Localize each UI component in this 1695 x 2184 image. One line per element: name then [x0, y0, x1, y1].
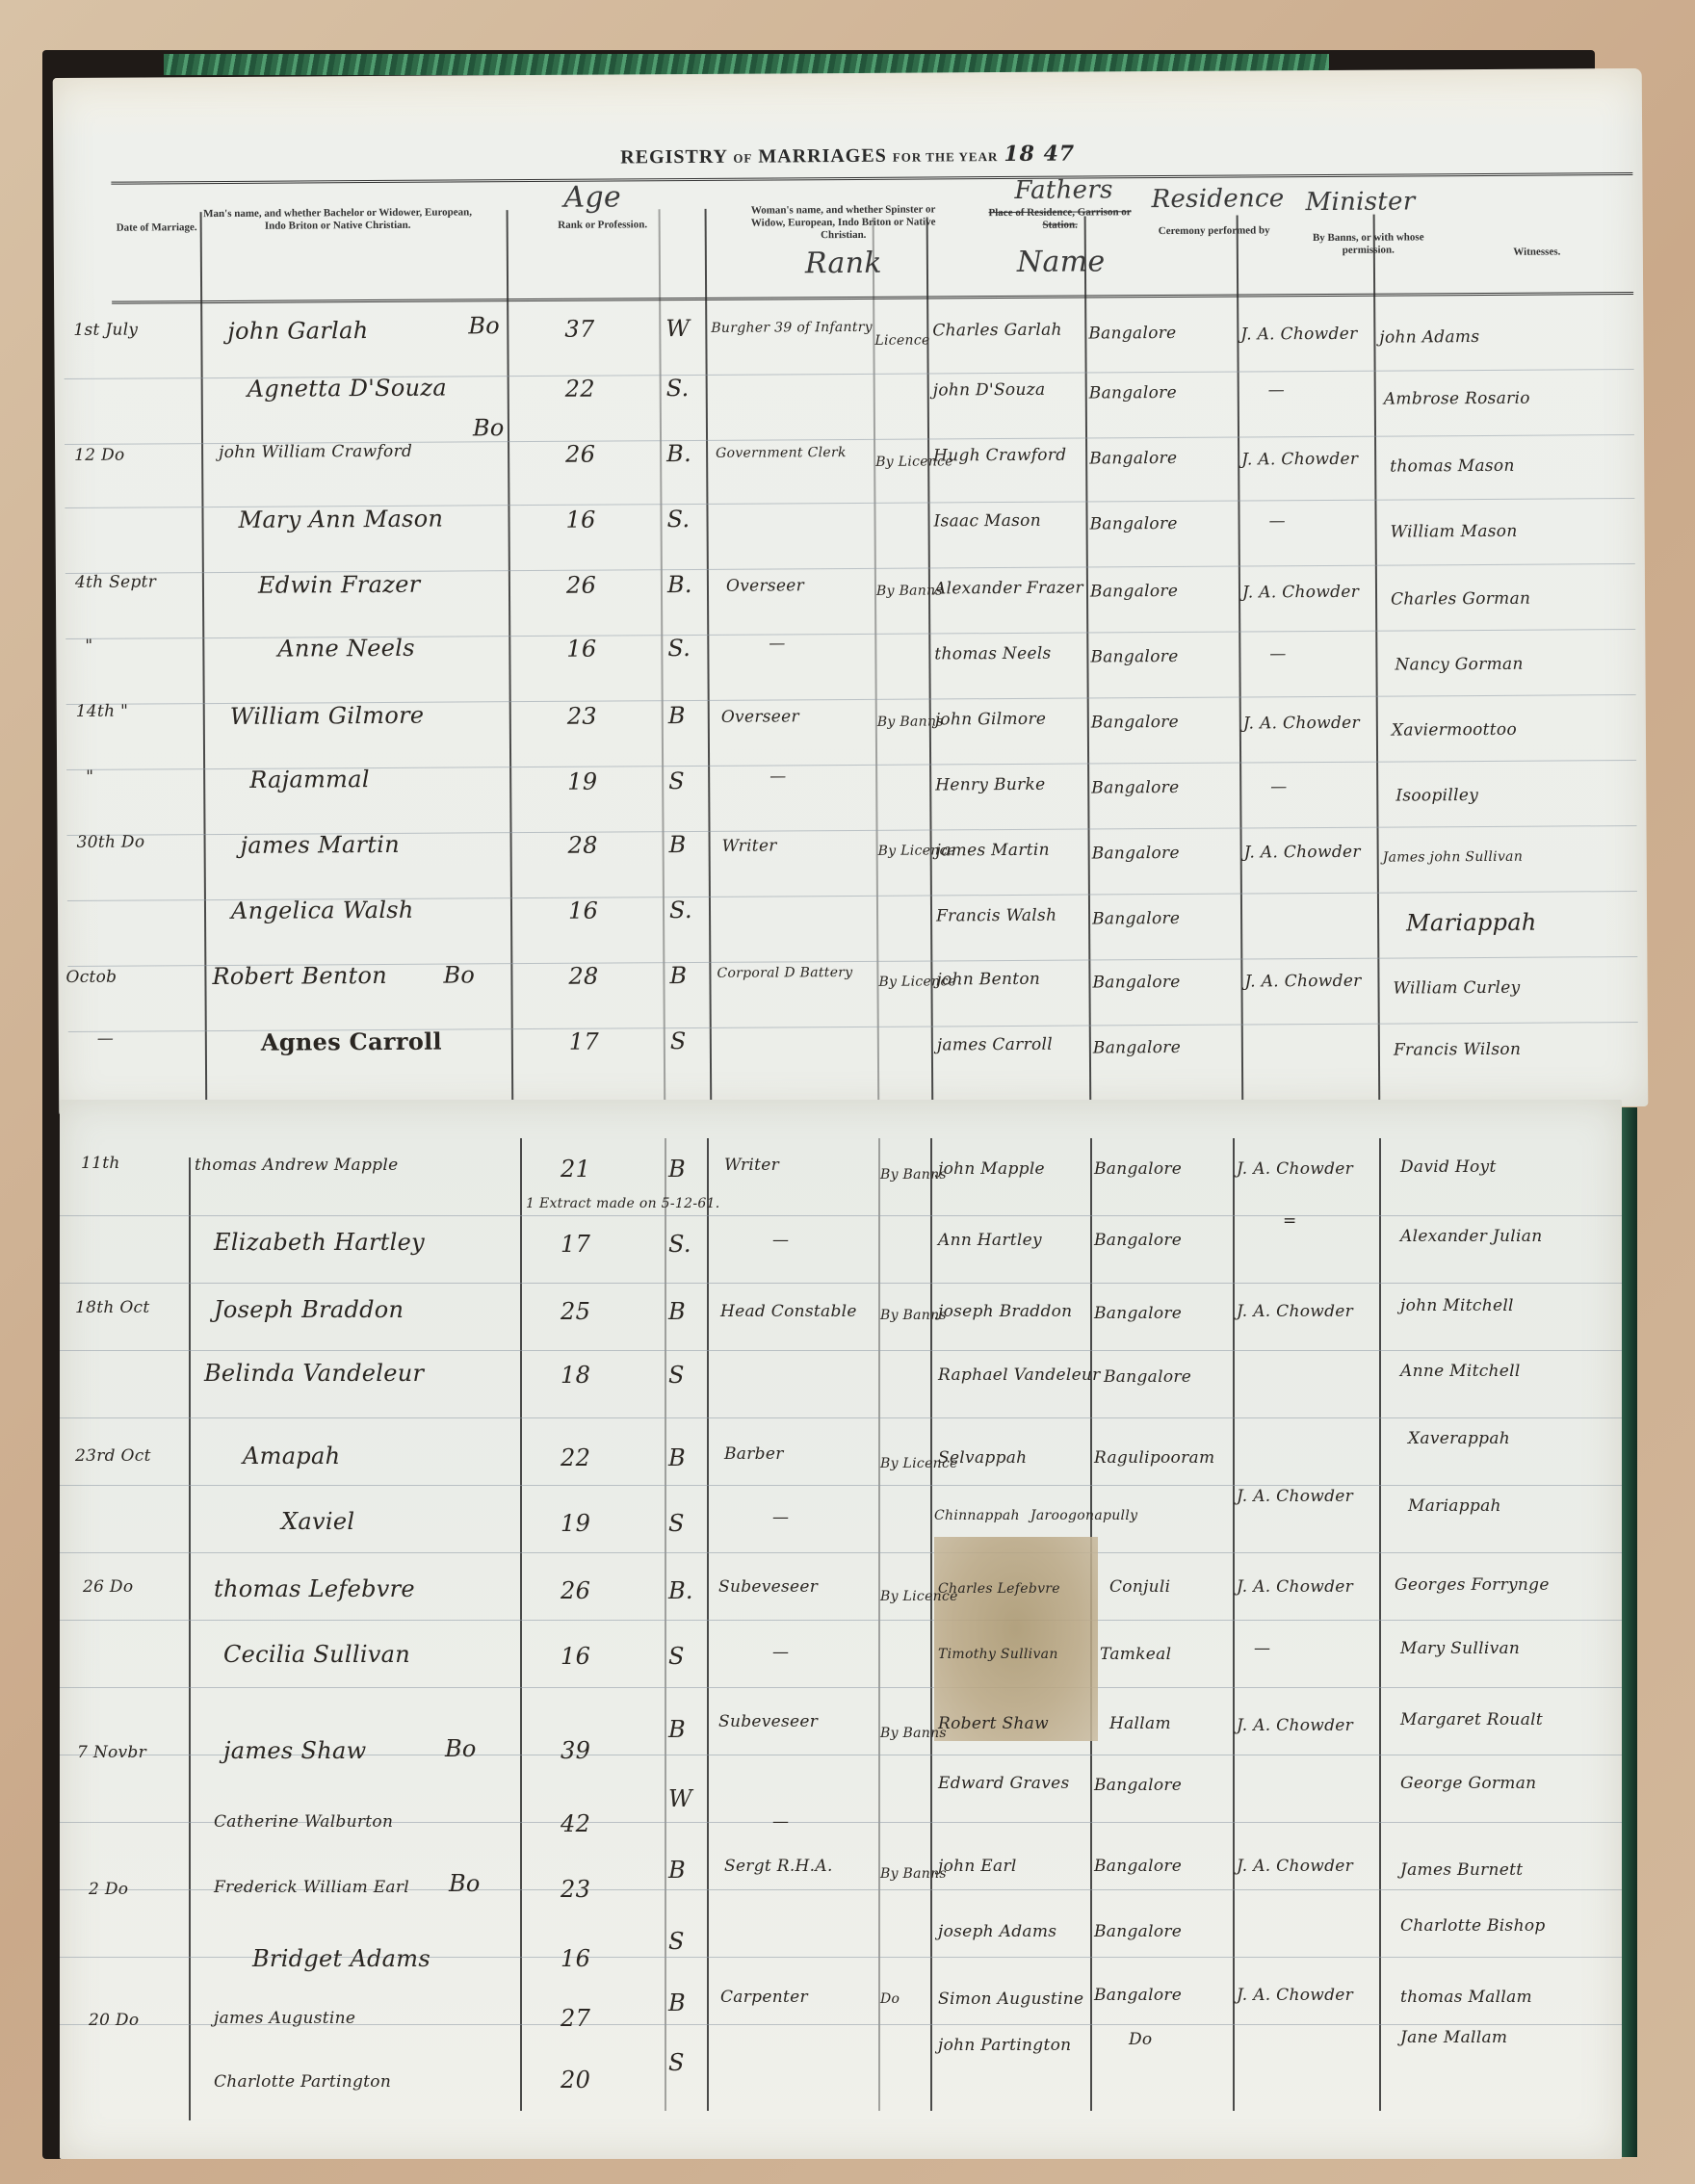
entry-rank: Overseer [721, 707, 799, 726]
entry-witness: Xaviermoottoo [1392, 720, 1517, 741]
entry-how: By Banns [876, 583, 943, 598]
header-rule [111, 172, 1632, 185]
entry-name: Joseph Braddon [214, 1296, 404, 1323]
entry-condition: S. [666, 506, 690, 533]
entry-date: 26 Do [83, 1577, 133, 1597]
entry-date: 7 Novbr [77, 1743, 146, 1762]
entry-minister: — [1254, 1639, 1270, 1658]
entry-how: By Banns [880, 1866, 947, 1882]
entry-residence: Bangalore [1089, 383, 1177, 403]
entry-witness: john Mitchell [1400, 1296, 1514, 1315]
col-header-banns: By Banns, or with whose permission. [1296, 231, 1441, 257]
entry-name: john Garlah [227, 317, 368, 345]
entry-rank: Sergt R.H.A. [724, 1857, 833, 1876]
entry-rank: — [769, 634, 785, 653]
col-header-residence-handwritten: Residence [1151, 184, 1284, 214]
entry-how: Licence [874, 332, 929, 348]
entry-age: 26 [561, 1577, 590, 1604]
entry-residence: Bangalore [1094, 1776, 1182, 1795]
entry-age: 19 [567, 768, 597, 795]
entry-witness: Xaverappah [1408, 1429, 1510, 1448]
entry-residence: Bangalore [1091, 778, 1179, 798]
entry-condition: S [668, 2049, 685, 2076]
entry-name: thomas Andrew Mapple [195, 1156, 398, 1175]
entry-how: By Banns [877, 714, 944, 729]
entry-how: By Banns [880, 1726, 947, 1741]
entry-minister: J. A. Chowder [1243, 714, 1360, 734]
entry-father: james Martin [936, 841, 1050, 861]
col-header-rank: Rank or Profession. [507, 219, 699, 232]
entry-rank: — [772, 1508, 789, 1527]
entry-witness: William Curley [1393, 978, 1520, 999]
entry-rank: Writer [724, 1156, 779, 1175]
entry-residence: Tamkeal [1100, 1645, 1171, 1664]
entry-father: Timothy Sullivan [938, 1647, 1058, 1662]
column-divider [707, 1138, 709, 2111]
entry-residence: Bangalore [1094, 1857, 1182, 1876]
entry-father: james Carroll [937, 1035, 1053, 1055]
entry-mark: Bo [473, 414, 505, 441]
entry-residence: Bangalore [1104, 1367, 1191, 1387]
paper-stain [934, 1537, 1098, 1741]
entry-age: 17 [561, 1231, 590, 1258]
entry-condition: B [668, 1989, 686, 2016]
entry-name: john William Crawford [219, 442, 412, 462]
entry-name: Elizabeth Hartley [214, 1229, 425, 1256]
ruled-line [60, 1687, 1622, 1688]
entry-witness: Francis Wilson [1394, 1040, 1521, 1060]
entry-rank: Head Constable [720, 1302, 857, 1321]
entry-witness: James john Sullivan [1383, 849, 1524, 866]
entry-residence: Bangalore [1090, 647, 1178, 667]
entry-condition: B [668, 1156, 686, 1183]
entry-witness: James Burnett [1400, 1860, 1523, 1880]
entry-condition: B [668, 1857, 686, 1884]
entry-name: james Augustine [214, 2009, 355, 2028]
entry-residence: Bangalore [1092, 844, 1180, 864]
entry-name: Angelica Walsh [231, 897, 414, 924]
entry-witness: thomas Mallam [1400, 1988, 1532, 2007]
entry-father: Raphael Vandeleur [938, 1365, 1101, 1385]
entry-how: Do [880, 1991, 900, 2007]
entry-rank: — [772, 1643, 789, 1662]
entry-name: Frederick William Earl [214, 1878, 409, 1897]
entry-date: 11th [81, 1154, 120, 1173]
column-divider [1379, 1138, 1381, 2111]
entry-name: james Shaw [223, 1737, 366, 1764]
col-header-name-handwritten: Name [1017, 245, 1106, 279]
column-divider [930, 1138, 932, 2111]
column-divider [659, 209, 666, 1105]
entry-condition: B [668, 1298, 686, 1325]
entry-residence: Bangalore [1089, 449, 1177, 469]
entry-witness: thomas Mason [1390, 456, 1515, 477]
entry-how: By Banns [880, 1167, 947, 1183]
entry-witness: Nancy Gorman [1395, 655, 1523, 675]
entry-residence: Bangalore [1092, 909, 1180, 929]
col-header-fathers-handwritten: Fathers [1014, 175, 1112, 205]
entry-rank: — [772, 1812, 789, 1832]
entry-witness: George Gorman [1400, 1774, 1536, 1793]
entry-date: 18th Oct [75, 1298, 150, 1317]
entry-rank: Subeveseer [718, 1712, 818, 1731]
entry-condition: S. [667, 635, 691, 662]
entry-condition: S [668, 767, 685, 794]
entry-age: 39 [561, 1737, 590, 1764]
ruled-line [60, 1215, 1622, 1216]
entry-witness: Isoopilley [1395, 786, 1478, 806]
column-divider [200, 212, 208, 1107]
entry-date: 23rd Oct [75, 1446, 151, 1466]
entry-age: 16 [566, 636, 596, 663]
entry-date: 2 Do [89, 1880, 128, 1899]
entry-witness: Mariappah [1406, 909, 1537, 937]
entry-minister: — [1270, 777, 1287, 796]
entry-age: 25 [561, 1298, 590, 1325]
entry-age: 27 [561, 2005, 590, 2032]
entry-name: Rajammal [249, 766, 370, 793]
entry-condition: B. [668, 1577, 693, 1604]
entry-minister: — [1268, 511, 1285, 531]
entry-father: Alexander Frazer [934, 579, 1083, 599]
entry-condition: B [669, 831, 687, 858]
entry-witness: Jane Mallam [1400, 2028, 1507, 2047]
entry-rank: — [772, 1231, 789, 1250]
entry-witness: Alexander Julian [1400, 1227, 1542, 1246]
entry-date: 4th Septr [75, 572, 156, 592]
entry-condition: S [668, 1362, 685, 1389]
entry-name: Robert Benton [212, 962, 387, 990]
column-divider [705, 209, 713, 1105]
col-header-man: Man's name, and whether Bachelor or Wido… [198, 206, 478, 233]
entry-father: john Mapple [938, 1159, 1045, 1179]
entry-father: john Gilmore [935, 710, 1047, 730]
entry-rank: Overseer [726, 576, 804, 595]
ruled-line [60, 1552, 1622, 1553]
entry-minister: J. A. Chowder [1237, 1857, 1353, 1876]
entry-age: 23 [567, 703, 597, 730]
entry-age: 28 [568, 963, 598, 990]
entry-father: Selvappah [938, 1448, 1027, 1468]
entry-rank: Corporal D Battery [717, 965, 852, 981]
entry-age: 22 [561, 1444, 590, 1471]
entry-witness: john Adams [1379, 327, 1479, 348]
entry-father: Isaac Mason [933, 511, 1041, 532]
entry-father: thomas Neels [934, 644, 1051, 664]
entry-father: john Earl [938, 1857, 1017, 1876]
entry-minister: J. A. Chowder [1240, 325, 1357, 345]
entry-minister: J. A. Chowder [1244, 972, 1361, 992]
entry-witness: Georges Forrynge [1395, 1575, 1550, 1595]
entry-age: 21 [561, 1156, 590, 1183]
entry-father: Francis Walsh [936, 906, 1056, 926]
register-page-bottom: 11th thomas Andrew Mapple 21 B Writer By… [60, 1100, 1622, 2159]
entry-age: 16 [561, 1945, 590, 1972]
entry-condition: S. [666, 375, 690, 402]
entry-name: Agnes Carroll [261, 1027, 442, 1056]
entry-date: " [86, 767, 93, 787]
column-divider [189, 1157, 191, 2120]
col-header-age-handwritten: Age [563, 180, 621, 214]
entry-condition: B [668, 1716, 686, 1743]
col-header-minister-handwritten: Minister [1305, 187, 1415, 217]
column-divider [1237, 216, 1244, 1102]
column-divider [1233, 1138, 1235, 2111]
entry-age: 22 [565, 376, 595, 403]
entry-witness: Charlotte Bishop [1400, 1916, 1546, 1936]
entry-date: 14th " [76, 702, 129, 721]
col-header-woman: Woman's name, and whether Spinster or Wi… [738, 203, 950, 242]
entry-date: 20 Do [89, 2011, 139, 2030]
book-spine-edge [1622, 1107, 1637, 2157]
entry-minister: — [1269, 644, 1286, 663]
col-header-ceremony: Ceremony performed by [1142, 224, 1287, 238]
entry-residence: Ragulipooram [1094, 1448, 1214, 1468]
entry-condition: S [668, 1643, 685, 1670]
entry-witness: Margaret Roualt [1400, 1710, 1543, 1729]
ruled-line [60, 1620, 1622, 1621]
entry-condition: B. [667, 571, 692, 598]
entry-age: 16 [568, 897, 598, 924]
entry-residence: Bangalore [1092, 973, 1180, 993]
entry-date: 12 Do [74, 446, 125, 465]
entry-date: 30th Do [77, 832, 145, 851]
entry-condition: B [668, 1444, 686, 1471]
entry-witness: Mariappah [1408, 1496, 1501, 1516]
entry-age: 23 [561, 1876, 590, 1903]
entry-father: john Partington [938, 2036, 1071, 2055]
entry-condition: B. [666, 440, 691, 467]
entry-father: Charles Lefebvre [938, 1581, 1060, 1597]
entry-mark: Bo [449, 1870, 481, 1897]
entry-residence: Conjuli [1109, 1577, 1170, 1597]
entry-name: Mary Ann Mason [238, 506, 443, 533]
entry-father: Charles Garlah [932, 321, 1062, 341]
entry-age: 20 [561, 2067, 590, 2093]
entry-residence: Bangalore [1094, 1986, 1182, 2005]
entry-name: Xaviel [281, 1508, 354, 1535]
entry-condition: S [668, 1510, 685, 1537]
entry-rank: Carpenter [720, 1988, 808, 2007]
entry-age: 16 [561, 1643, 590, 1670]
register-page-top: REGISTRY OF MARRIAGES FOR THE YEAR 18 47… [53, 68, 1649, 1116]
entry-condition: W [665, 315, 690, 342]
entry-age: 18 [561, 1362, 590, 1389]
entry-residence: Bangalore [1094, 1304, 1182, 1323]
entry-minister: J. A. Chowder [1244, 843, 1361, 863]
entry-condition: W [668, 1785, 692, 1812]
entry-minister: J. A. Chowder [1237, 1986, 1353, 2005]
entry-condition: S [668, 1928, 685, 1955]
entry-date: 1st July [73, 321, 138, 340]
entry-name: Agnetta D'Souza [248, 375, 447, 403]
entry-name: Edwin Frazer [258, 571, 421, 599]
entry-residence: Bangalore [1088, 324, 1176, 344]
entry-residence: Do [1129, 2030, 1152, 2049]
entry-minister: J. A. Chowder [1237, 1159, 1353, 1179]
entry-father: Chinnappah [934, 1508, 1020, 1523]
column-divider [878, 1138, 880, 2111]
entry-mark: Bo [443, 961, 475, 988]
entry-witness: David Hoyt [1400, 1157, 1497, 1177]
column-divider [926, 218, 934, 1104]
entry-date: " [85, 637, 92, 656]
entry-age: 37 [564, 316, 594, 343]
entry-name: thomas Lefebvre [214, 1575, 415, 1602]
entry-father: john Benton [936, 970, 1040, 990]
entry-mark: Bo [445, 1735, 477, 1762]
entry-rank: Barber [724, 1444, 784, 1464]
col-header-rank-handwritten: Rank [805, 247, 882, 280]
entry-minister: J. A. Chowder [1241, 450, 1358, 470]
year: 18 47 [1004, 142, 1075, 167]
entry-father: Ann Hartley [938, 1231, 1042, 1250]
entry-name: Charlotte Partington [214, 2072, 391, 2092]
entry-minister: J. A. Chowder [1237, 1302, 1353, 1321]
entry-residence: Bangalore [1094, 1159, 1182, 1179]
entry-age: 17 [569, 1028, 599, 1055]
entry-minister: J. A. Chowder [1237, 1577, 1353, 1597]
entry-age: 26 [565, 441, 595, 468]
entry-age: 16 [565, 507, 595, 533]
entry-witness: William Mason [1391, 522, 1518, 542]
entry-father: Henry Burke [935, 775, 1045, 795]
column-divider [665, 1138, 666, 2111]
entry-date: Octob [65, 968, 117, 987]
entry-minister: — [1268, 380, 1285, 400]
entry-mark: Bo [468, 312, 500, 339]
entry-rank: Government Clerk [716, 445, 847, 461]
entry-residence: Bangalore [1094, 1922, 1182, 1941]
entry-condition: S. [669, 897, 692, 923]
entry-rank: Burgher 39 of Infantry [711, 320, 873, 336]
entry-name: Anne Neels [277, 635, 415, 663]
entry-father: Hugh Crawford [933, 446, 1066, 466]
entry-age: 28 [568, 832, 598, 859]
column-divider [520, 1138, 522, 2111]
entry-residence: Bangalore [1093, 1038, 1181, 1058]
entry-name: William Gilmore [230, 702, 425, 730]
entry-father: Edward Graves [938, 1774, 1070, 1793]
entry-date: — [97, 1029, 114, 1049]
entry-residence: Bangalore [1090, 582, 1178, 602]
entry-how: By Banns [880, 1308, 947, 1323]
entry-minister: = [1283, 1211, 1297, 1231]
entry-age: 19 [561, 1510, 590, 1537]
entry-rank: Subeveseer [718, 1577, 818, 1597]
ruled-line [60, 1350, 1622, 1351]
column-divider [873, 218, 880, 1104]
extract-note: 1 Extract made on 5-12-61. [526, 1196, 720, 1211]
entry-condition: S [670, 1027, 687, 1054]
entry-residence: Bangalore [1094, 1231, 1182, 1250]
col-header-residence: Place of Residence, Garrison or Station. [988, 206, 1133, 232]
entry-witness: Mary Sullivan [1400, 1639, 1520, 1658]
entry-age: 42 [561, 1810, 590, 1837]
entry-condition: B [668, 702, 686, 729]
entry-name: Bridget Adams [252, 1945, 430, 1972]
entry-father: Simon Augustine [938, 1989, 1083, 2009]
entry-residence: Jaroogonapully [1030, 1508, 1137, 1523]
entry-father: john D'Souza [933, 380, 1046, 401]
column-divider [1373, 215, 1381, 1101]
entry-name: james Martin [241, 831, 401, 859]
entry-name: Cecilia Sullivan [223, 1641, 410, 1668]
entry-rank: — [769, 767, 786, 786]
entry-minister: J. A. Chowder [1242, 583, 1359, 603]
entry-father: joseph Adams [938, 1922, 1056, 1941]
entry-witness: Charles Gorman [1391, 589, 1530, 610]
entry-residence: Hallam [1109, 1714, 1171, 1733]
entry-age: 26 [566, 572, 596, 599]
entry-minister: J. A. Chowder [1237, 1716, 1353, 1735]
entry-name: Catherine Walburton [214, 1812, 393, 1832]
entry-condition: S. [668, 1231, 691, 1258]
entry-witness: Anne Mitchell [1400, 1362, 1521, 1381]
entry-name: Belinda Vandeleur [204, 1360, 424, 1387]
col-header-witnesses: Witnesses. [1441, 246, 1633, 259]
ruled-line [60, 1417, 1622, 1418]
entry-residence: Bangalore [1091, 713, 1179, 733]
ruled-line [60, 1283, 1622, 1284]
entry-father: joseph Braddon [938, 1302, 1072, 1321]
col-header-date: Date of Marriage. [114, 221, 200, 235]
entry-rank: Writer [722, 836, 777, 855]
column-divider [507, 210, 514, 1105]
entry-name: Amapah [243, 1443, 340, 1469]
page-title: REGISTRY OF MARRIAGES FOR THE YEAR 18 47 [53, 138, 1642, 172]
entry-condition: B [669, 962, 687, 989]
ruled-line [60, 1485, 1622, 1486]
entry-father: Robert Shaw [938, 1714, 1049, 1733]
entry-witness: Ambrose Rosario [1384, 389, 1530, 409]
entry-minister: J. A. Chowder [1237, 1487, 1353, 1506]
entry-residence: Bangalore [1090, 514, 1178, 534]
